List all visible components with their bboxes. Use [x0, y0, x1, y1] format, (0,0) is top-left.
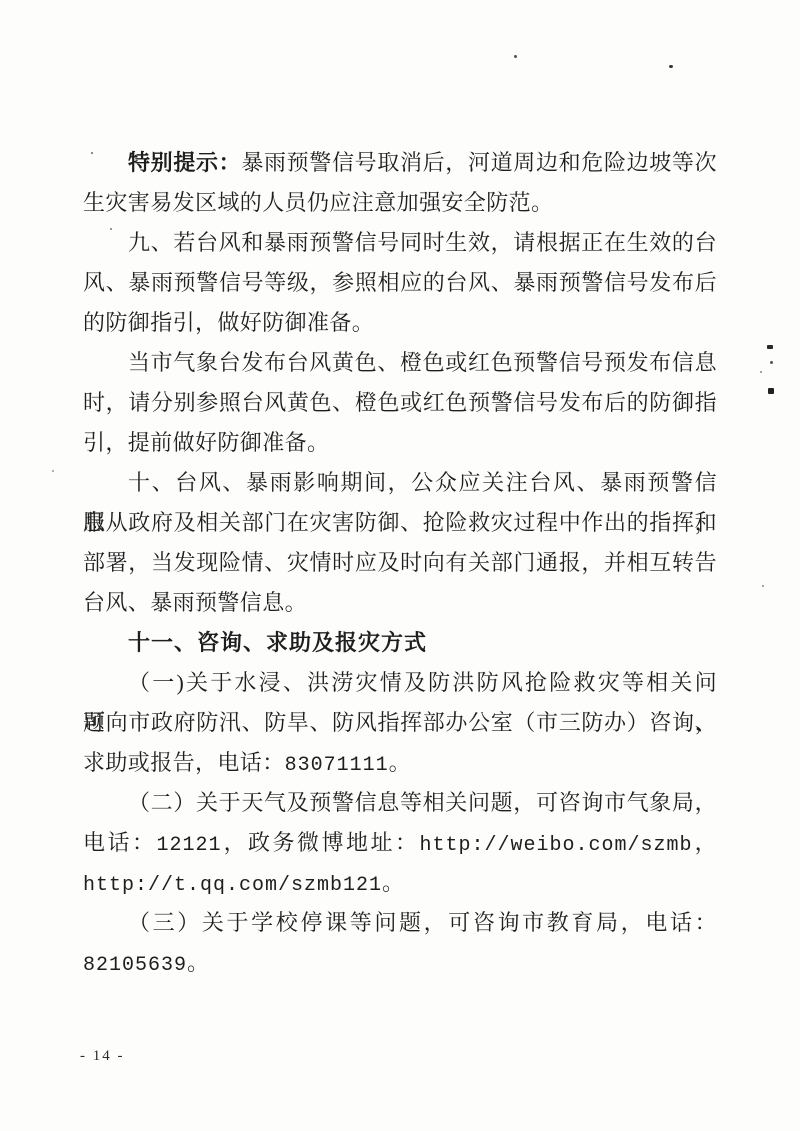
text-line: （一)关于水浸、洪涝灾情及防洪防风抢险救灾等相关问题，	[83, 663, 717, 703]
cjk-text: 服从政府及相关部门在灾害防御、抢险救灾过程中作出的指挥和	[83, 510, 717, 535]
cjk-text: 求助或报告，电话：	[83, 750, 285, 775]
scan-speck	[770, 361, 773, 364]
cjk-text: 部署，当发现险情、灾情时应及时向有关部门通报，并相互转告	[83, 550, 717, 575]
scan-speck	[52, 470, 54, 472]
text-line: 台风、暴雨预警信息。	[83, 583, 717, 623]
document-body: 特别提示：暴雨预警信号取消后，河道周边和危险边坡等次生灾害易发区域的人员仍应注意…	[83, 143, 717, 983]
scan-speck	[514, 55, 517, 58]
scan-speck	[762, 585, 764, 587]
cjk-text: 生灾害易发区域的人员仍应注意加强安全防范。	[83, 190, 553, 215]
text-line: 部署，当发现险情、灾情时应及时向有关部门通报，并相互转告	[83, 543, 717, 583]
cjk-text: 暴雨预警信号取消后，河道周边和危险边坡等次	[241, 150, 717, 175]
text-line: （二）关于天气及预警信息等相关问题，可咨询市气象局，	[83, 783, 717, 823]
paragraph: （二）关于天气及预警信息等相关问题，可咨询市气象局，电话：12121，政务微博地…	[83, 783, 717, 903]
cjk-text: 的防御指引，做好防御准备。	[83, 310, 374, 335]
paragraph: （一)关于水浸、洪涝灾情及防洪防风抢险救灾等相关问题，可向市政府防汛、防旱、防风…	[83, 663, 717, 783]
text-line: 当市气象台发布台风黄色、橙色或红色预警信号预发布信息	[83, 343, 717, 383]
cjk-text: 特别提示：	[128, 150, 241, 175]
paragraph: （三）关于学校停课等问题，可咨询市教育局，电话：82105639。	[83, 903, 717, 983]
cjk-text: （三）关于学校停课等问题，可咨询市教育局，电话：	[128, 910, 717, 935]
latin-text: http://t.qq.com/szmb121	[83, 874, 382, 897]
text-line: 九、若台风和暴雨预警信号同时生效，请根据正在生效的台	[83, 223, 717, 263]
cjk-text: 。	[389, 750, 411, 775]
cjk-text: （二）关于天气及预警信息等相关问题，可咨询市气象局，	[128, 790, 717, 815]
text-line: 82105639。	[83, 943, 717, 983]
text-line: 引，提前做好防御准备。	[83, 423, 717, 463]
text-line: http://t.qq.com/szmb121。	[83, 863, 717, 903]
latin-text: 82105639	[83, 954, 187, 977]
text-line: 十、台风、暴雨影响期间，公众应关注台风、暴雨预警信息，	[83, 463, 717, 503]
text-line: 时，请分别参照台风黄色、橙色或红色预警信号发布后的防御指	[83, 383, 717, 423]
cjk-text: 台风、暴雨预警信息。	[83, 590, 307, 615]
cjk-text: ，政务微博地址：	[221, 830, 419, 855]
text-line: 十一、咨询、求助及报灾方式	[83, 623, 717, 663]
page-number: - 14 -	[80, 1048, 125, 1065]
cjk-text: ，	[693, 830, 718, 855]
scan-speck	[768, 388, 774, 394]
text-line: 求助或报告，电话：83071111。	[83, 743, 717, 783]
scan-speck	[110, 228, 112, 230]
section-heading: 十一、咨询、求助及报灾方式	[83, 623, 717, 663]
paragraph: 当市气象台发布台风黄色、橙色或红色预警信号预发布信息时，请分别参照台风黄色、橙色…	[83, 343, 717, 463]
cjk-text: 电话：	[83, 830, 156, 855]
cjk-text: 时，请分别参照台风黄色、橙色或红色预警信号发布后的防御指	[83, 390, 717, 415]
paragraph: 九、若台风和暴雨预警信号同时生效，请根据正在生效的台风、暴雨预警信号等级，参照相…	[83, 223, 717, 343]
text-line: 特别提示：暴雨预警信号取消后，河道周边和危险边坡等次	[83, 143, 717, 183]
cjk-text: 九、若台风和暴雨预警信号同时生效，请根据正在生效的台	[128, 230, 717, 255]
text-line: 可向市政府防汛、防旱、防风指挥部办公室（市三防办）咨询、	[83, 703, 717, 743]
latin-text: 12121	[156, 834, 221, 857]
text-line: 风、暴雨预警信号等级，参照相应的台风、暴雨预警信号发布后	[83, 263, 717, 303]
text-line: 生灾害易发区域的人员仍应注意加强安全防范。	[83, 183, 717, 223]
scan-speck	[669, 65, 673, 68]
cjk-text: 当市气象台发布台风黄色、橙色或红色预警信号预发布信息	[128, 350, 717, 375]
cjk-text: 十一、咨询、求助及报灾方式	[128, 630, 427, 655]
cjk-text: 风、暴雨预警信号等级，参照相应的台风、暴雨预警信号发布后	[83, 270, 717, 295]
cjk-text: 可向市政府防汛、防旱、防风指挥部办公室（市三防办）咨询、	[83, 710, 717, 735]
cjk-text: 引，提前做好防御准备。	[83, 430, 329, 455]
scan-speck	[760, 371, 762, 373]
text-line: 服从政府及相关部门在灾害防御、抢险救灾过程中作出的指挥和	[83, 503, 717, 543]
latin-text: 83071111	[285, 754, 389, 777]
text-line: （三）关于学校停课等问题，可咨询市教育局，电话：	[83, 903, 717, 943]
text-line: 电话：12121，政务微博地址：http://weibo.com/szmb，	[83, 823, 717, 863]
scan-speck	[767, 345, 773, 349]
cjk-text: 。	[187, 950, 209, 975]
text-line: 的防御指引，做好防御准备。	[83, 303, 717, 343]
document-page: 特别提示：暴雨预警信号取消后，河道周边和危险边坡等次生灾害易发区域的人员仍应注意…	[0, 0, 800, 1131]
scan-speck	[91, 152, 93, 154]
cjk-text: 。	[382, 870, 404, 895]
paragraph: 特别提示：暴雨预警信号取消后，河道周边和危险边坡等次生灾害易发区域的人员仍应注意…	[83, 143, 717, 223]
paragraph: 十、台风、暴雨影响期间，公众应关注台风、暴雨预警信息，服从政府及相关部门在灾害防…	[83, 463, 717, 623]
latin-text: http://weibo.com/szmb	[419, 834, 692, 857]
